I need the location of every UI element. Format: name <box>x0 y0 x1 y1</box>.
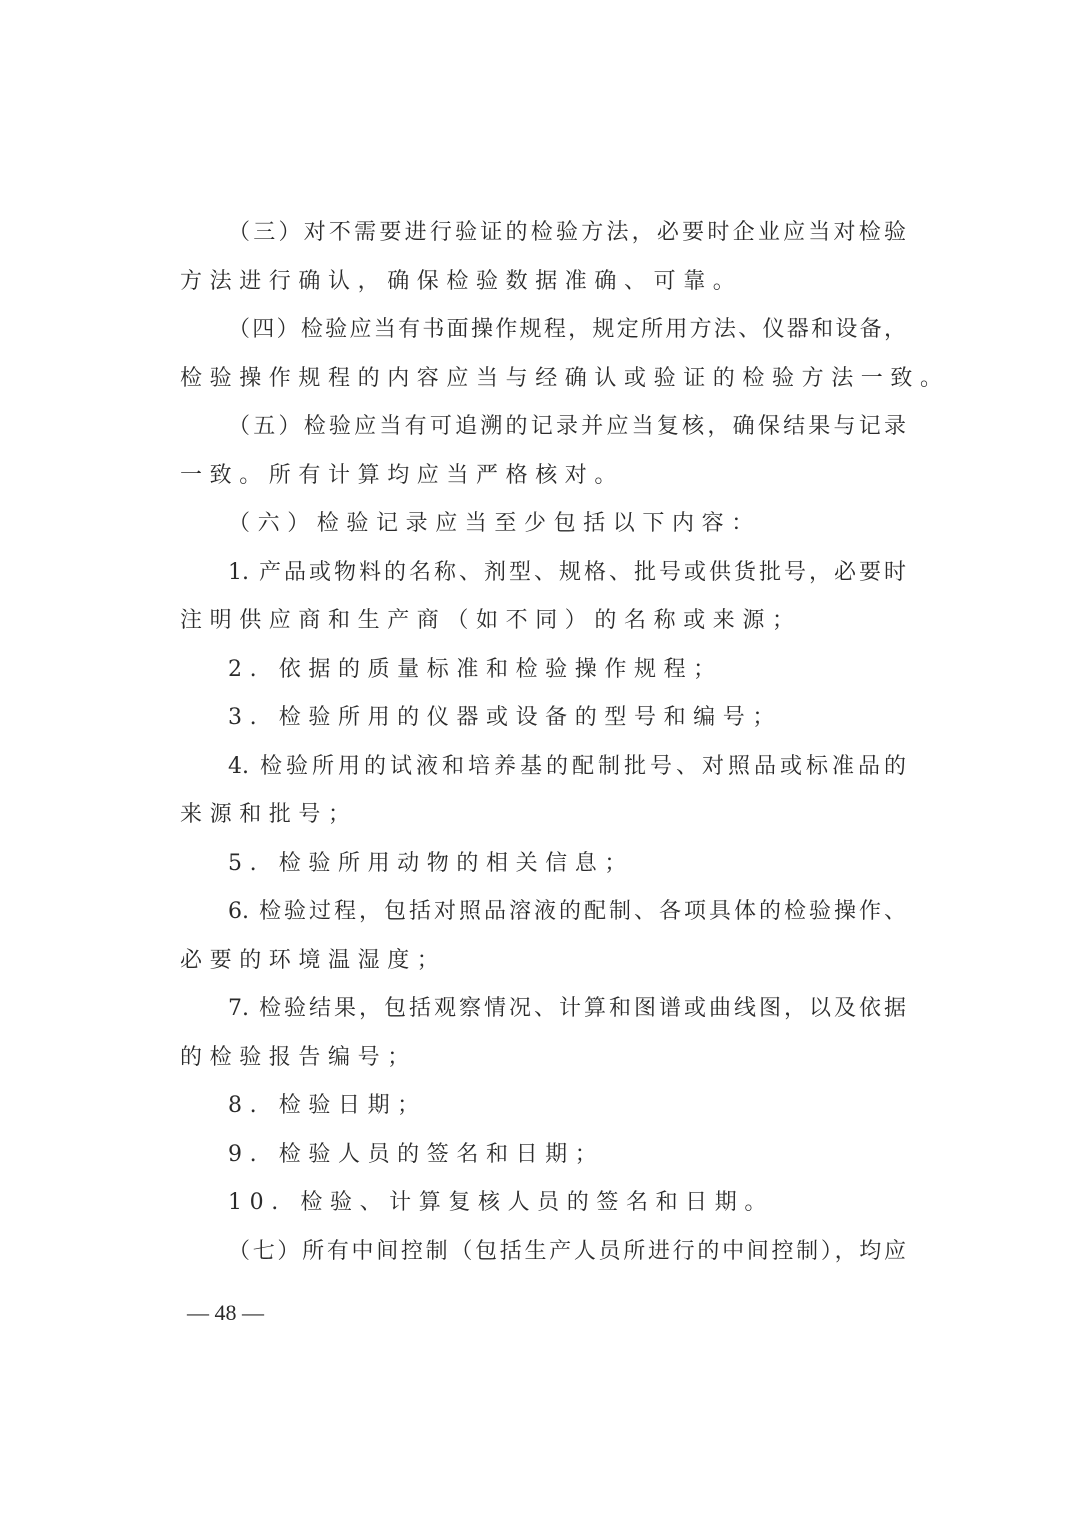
list-item-2: 2. 依据的质量标准和检验操作规程； <box>228 646 906 694</box>
list-item-4-line-2: 来源和批号； <box>180 791 906 839</box>
paragraph-7-line-1: （七）所有中间控制（包括生产人员所进行的中间控制），均应 <box>228 1228 906 1276</box>
list-item-10: 10. 检验、计算复核人员的签名和日期。 <box>228 1179 906 1227</box>
paragraph-4-line-1: （四）检验应当有书面操作规程，规定所用方法、仪器和设备， <box>228 306 906 354</box>
document-page: （三）对不需要进行验证的检验方法，必要时企业应当对检验 方法进行确认，确保检验数… <box>0 0 1080 1529</box>
list-item-3: 3. 检验所用的仪器或设备的型号和编号； <box>228 694 906 742</box>
paragraph-3-line-1: （三）对不需要进行验证的检验方法，必要时企业应当对检验 <box>228 209 906 257</box>
list-item-4-line-1: 4. 检验所用的试液和培养基的配制批号、对照品或标准品的 <box>228 743 906 791</box>
list-item-8: 8. 检验日期； <box>228 1082 906 1130</box>
page-number: — 48 — <box>187 1293 264 1333</box>
list-item-1-line-1: 1. 产品或物料的名称、剂型、规格、批号或供货批号，必要时 <box>228 549 906 597</box>
list-item-7-line-2: 的检验报告编号； <box>180 1034 906 1082</box>
list-item-6-line-1: 6. 检验过程，包括对照品溶液的配制、各项具体的检验操作、 <box>228 888 906 936</box>
list-item-5: 5. 检验所用动物的相关信息； <box>228 840 906 888</box>
list-item-1-line-2: 注明供应商和生产商（如不同）的名称或来源； <box>180 597 906 645</box>
paragraph-5-line-1: （五）检验应当有可追溯的记录并应当复核，确保结果与记录 <box>228 403 906 451</box>
list-item-6-line-2: 必要的环境温湿度； <box>180 937 906 985</box>
paragraph-6-heading: （六）检验记录应当至少包括以下内容： <box>228 500 906 548</box>
paragraph-5-line-2: 一致。所有计算均应当严格核对。 <box>180 452 906 500</box>
paragraph-4-line-2: 检验操作规程的内容应当与经确认或验证的检验方法一致。 <box>180 355 906 403</box>
list-item-7-line-1: 7. 检验结果，包括观察情况、计算和图谱或曲线图，以及依据 <box>228 985 906 1033</box>
list-item-9: 9. 检验人员的签名和日期； <box>228 1131 906 1179</box>
paragraph-3-line-2: 方法进行确认，确保检验数据准确、可靠。 <box>180 258 906 306</box>
